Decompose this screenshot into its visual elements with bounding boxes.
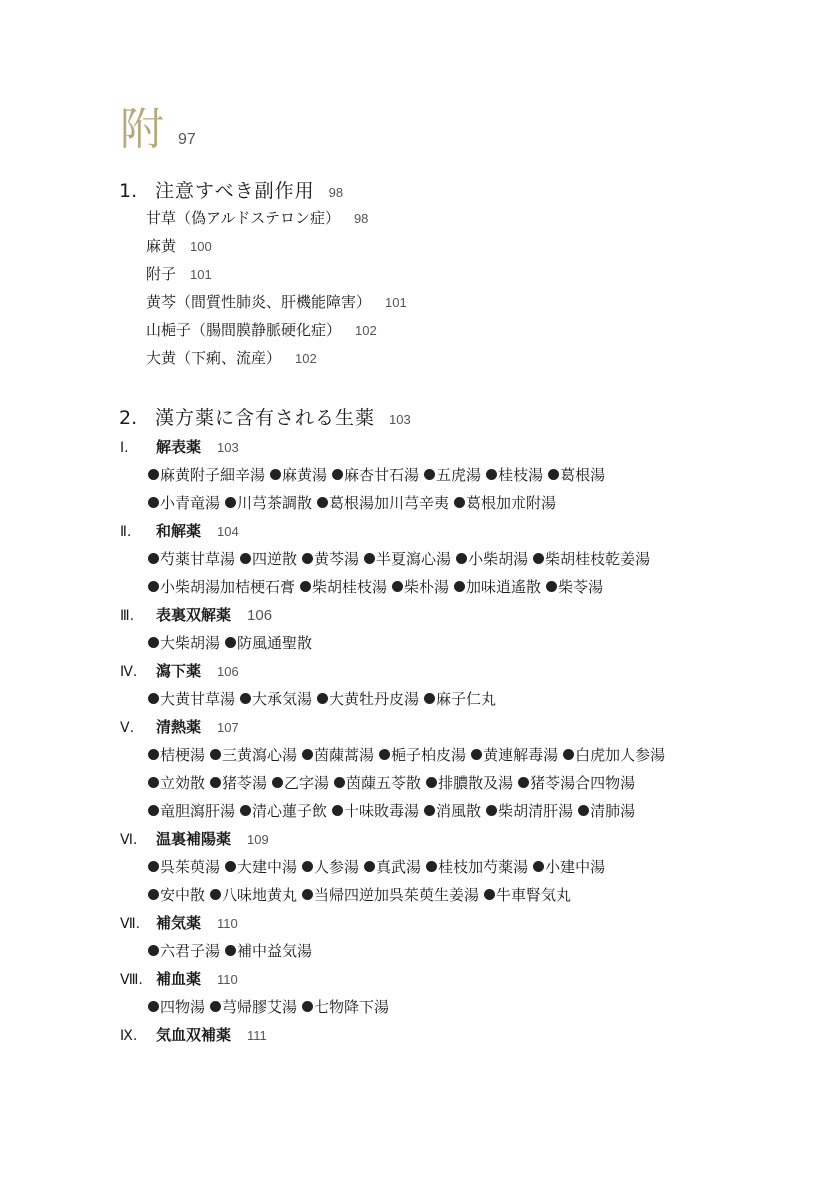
formula-list-line: 六君子湯補中益気湯 (148, 940, 317, 961)
formula-list-line: 呉茱萸湯大建中湯人参湯真武湯桂枝加芍薬湯小建中湯 (148, 856, 610, 877)
subsection-page-number: 106 (247, 607, 272, 624)
bullet-icon (148, 581, 159, 592)
appendix-heading: 附 97 (120, 108, 196, 152)
formula-item: 三黄瀉心湯 (210, 744, 297, 765)
formula-item: 清肺湯 (578, 800, 635, 821)
formula-item: 小柴胡湯加桔梗石膏 (148, 576, 295, 597)
bullet-icon (148, 777, 159, 788)
toc-entry[interactable]: 山梔子（腸間膜静脈硬化症）102 (146, 319, 377, 340)
appendix-page-number: 97 (178, 131, 196, 149)
formula-name: 黄連解毒湯 (483, 744, 558, 765)
subsection-heading[interactable]: Ⅶ.補気薬110 (120, 912, 238, 933)
subsection-title: 瀉下薬 (156, 660, 201, 681)
section-heading-2[interactable]: 2. 漢方薬に含有される生薬 103 (119, 403, 411, 430)
formula-name: 六君子湯 (160, 940, 220, 961)
toc-entry-page-number: 100 (190, 239, 212, 254)
formula-list-line: 大柴胡湯防風通聖散 (148, 632, 317, 653)
bullet-icon (240, 693, 251, 704)
formula-name: 大柴胡湯 (160, 632, 220, 653)
formula-name: 人参湯 (314, 856, 359, 877)
formula-item: 麻黄湯 (270, 464, 327, 485)
formula-name: 麻黄附子細辛湯 (160, 464, 265, 485)
toc-entry[interactable]: 附子101 (146, 263, 212, 284)
formula-name: 桂枝加芍薬湯 (438, 856, 528, 877)
toc-entry-label: 附子 (146, 263, 176, 284)
section-title: 漢方薬に含有される生薬 (155, 403, 375, 430)
subsection-page-number: 111 (247, 1028, 267, 1043)
bullet-icon (332, 805, 343, 816)
subsection-page-number: 103 (217, 440, 239, 455)
formula-item: 人参湯 (302, 856, 359, 877)
formula-name: 三黄瀉心湯 (222, 744, 297, 765)
formula-list-line: 麻黄附子細辛湯麻黄湯麻杏甘石湯五虎湯桂枝湯葛根湯 (148, 464, 610, 485)
subsection-number: Ⅴ. (120, 720, 156, 736)
formula-item: 柴朴湯 (392, 576, 449, 597)
toc-entry[interactable]: 甘草（偽アルドステロン症）98 (146, 207, 368, 228)
bullet-icon (533, 553, 544, 564)
subsection-heading[interactable]: Ⅴ.清熱薬107 (120, 716, 239, 737)
bullet-icon (486, 469, 497, 480)
subsection-title: 和解薬 (156, 520, 201, 541)
toc-entry-page-number: 101 (190, 267, 212, 282)
bullet-icon (148, 1001, 159, 1012)
toc-entry-label: 大黄（下痢、流産） (146, 347, 281, 368)
section-title: 注意すべき副作用 (155, 176, 315, 203)
formula-item: 当帰四逆加呉茱萸生姜湯 (302, 884, 479, 905)
subsection-page-number: 110 (217, 972, 238, 987)
subsection-number: Ⅱ. (120, 524, 156, 540)
bullet-icon (364, 861, 375, 872)
formula-item: 防風通聖散 (225, 632, 312, 653)
formula-item: 桔梗湯 (148, 744, 205, 765)
bullet-icon (148, 693, 159, 704)
subsection-number: Ⅰ. (120, 440, 156, 456)
formula-item: 六君子湯 (148, 940, 220, 961)
formula-name: 芎帰膠艾湯 (222, 996, 297, 1017)
bullet-icon (225, 945, 236, 956)
toc-entry[interactable]: 大黄（下痢、流産）102 (146, 347, 317, 368)
bullet-icon (302, 889, 313, 900)
formula-name: 大承気湯 (252, 688, 312, 709)
subsection-title: 表裏双解薬 (156, 604, 231, 625)
subsection-title: 解表薬 (156, 436, 201, 457)
formula-name: 猪苓湯合四物湯 (530, 772, 635, 793)
subsection-number: Ⅷ. (120, 972, 156, 988)
formula-item: 五虎湯 (424, 464, 481, 485)
formula-name: 桂枝湯 (498, 464, 543, 485)
bullet-icon (302, 553, 313, 564)
formula-item: 小建中湯 (533, 856, 605, 877)
section-number: 1. (119, 180, 155, 202)
bullet-icon (332, 469, 343, 480)
bullet-icon (424, 805, 435, 816)
formula-name: 立効散 (160, 772, 205, 793)
formula-list-line: 小柴胡湯加桔梗石膏柴胡桂枝湯柴朴湯加味逍遙散柴苓湯 (148, 576, 608, 597)
bullet-icon (210, 749, 221, 760)
toc-entry-page-number: 98 (354, 211, 368, 226)
formula-item: 大柴胡湯 (148, 632, 220, 653)
toc-entry-page-number: 101 (385, 295, 407, 310)
section-heading-1[interactable]: 1. 注意すべき副作用 98 (119, 176, 343, 203)
formula-name: 安中散 (160, 884, 205, 905)
bullet-icon (240, 805, 251, 816)
toc-entry[interactable]: 黄芩（間質性肺炎、肝機能障害）101 (146, 291, 407, 312)
bullet-icon (454, 497, 465, 508)
subsection-title: 補気薬 (156, 912, 201, 933)
formula-name: 小柴胡湯 (468, 548, 528, 569)
bullet-icon (148, 497, 159, 508)
section-number: 2. (119, 407, 155, 429)
formula-name: 白虎加人参湯 (575, 744, 665, 765)
formula-item: 十味敗毒湯 (332, 800, 419, 821)
bullet-icon (486, 805, 497, 816)
subsection-number: Ⅳ. (120, 664, 156, 680)
formula-item: 葛根加朮附湯 (454, 492, 556, 513)
formula-item: 芎帰膠艾湯 (210, 996, 297, 1017)
formula-name: 柴胡清肝湯 (498, 800, 573, 821)
bullet-icon (240, 553, 251, 564)
bullet-icon (379, 749, 390, 760)
bullet-icon (302, 1001, 313, 1012)
bullet-icon (424, 693, 435, 704)
bullet-icon (454, 581, 465, 592)
bullet-icon (424, 469, 435, 480)
formula-name: 黄芩湯 (314, 548, 359, 569)
formula-item: 補中益気湯 (225, 940, 312, 961)
formula-name: 当帰四逆加呉茱萸生姜湯 (314, 884, 479, 905)
formula-item: 麻子仁丸 (424, 688, 496, 709)
bullet-icon (300, 581, 311, 592)
formula-name: 大黄牡丹皮湯 (329, 688, 419, 709)
formula-name: 茵蔯蒿湯 (314, 744, 374, 765)
formula-list-line: 立効散猪苓湯乙字湯茵蔯五苓散排膿散及湯猪苓湯合四物湯 (148, 772, 640, 793)
formula-item: 猪苓湯 (210, 772, 267, 793)
formula-item: 小青竜湯 (148, 492, 220, 513)
bullet-icon (426, 777, 437, 788)
formula-item: 黄芩湯 (302, 548, 359, 569)
formula-name: 四物湯 (160, 996, 205, 1017)
formula-name: 十味敗毒湯 (344, 800, 419, 821)
formula-item: 乙字湯 (272, 772, 329, 793)
formula-name: 呉茱萸湯 (160, 856, 220, 877)
bullet-icon (334, 777, 345, 788)
formula-item: 大黄甘草湯 (148, 688, 235, 709)
formula-name: 柴苓湯 (558, 576, 603, 597)
formula-item: 梔子柏皮湯 (379, 744, 466, 765)
formula-item: 清心蓮子飲 (240, 800, 327, 821)
formula-item: 大黄牡丹皮湯 (317, 688, 419, 709)
bullet-icon (148, 889, 159, 900)
bullet-icon (148, 805, 159, 816)
bullet-icon (471, 749, 482, 760)
bullet-icon (317, 693, 328, 704)
formula-name: 葛根湯 (560, 464, 605, 485)
formula-name: 柴胡桂枝乾姜湯 (545, 548, 650, 569)
formula-name: 麻子仁丸 (436, 688, 496, 709)
formula-name: 八味地黄丸 (222, 884, 297, 905)
section-page-number: 98 (329, 185, 343, 200)
formula-item: 七物降下湯 (302, 996, 389, 1017)
formula-list-line: 小青竜湯川芎茶調散葛根湯加川芎辛夷葛根加朮附湯 (148, 492, 561, 513)
formula-item: 竜胆瀉肝湯 (148, 800, 235, 821)
subsection-page-number: 104 (217, 524, 239, 539)
formula-item: 麻杏甘石湯 (332, 464, 419, 485)
formula-name: 芍薬甘草湯 (160, 548, 235, 569)
subsection-page-number: 110 (217, 916, 238, 931)
formula-name: 消風散 (436, 800, 481, 821)
subsection-heading[interactable]: Ⅲ.表裏双解薬106 (120, 604, 272, 625)
bullet-icon (456, 553, 467, 564)
bullet-icon (148, 945, 159, 956)
formula-name: 梔子柏皮湯 (391, 744, 466, 765)
formula-name: 柴朴湯 (404, 576, 449, 597)
formula-name: 葛根湯加川芎辛夷 (329, 492, 449, 513)
formula-name: 大建中湯 (237, 856, 297, 877)
toc-entry-label: 黄芩（間質性肺炎、肝機能障害） (146, 291, 371, 312)
bullet-icon (148, 749, 159, 760)
formula-name: 清心蓮子飲 (252, 800, 327, 821)
subsection-title: 温裏補陽薬 (156, 828, 231, 849)
bullet-icon (148, 469, 159, 480)
formula-item: 柴胡清肝湯 (486, 800, 573, 821)
toc-entry-page-number: 102 (355, 323, 377, 338)
subsection-number: Ⅸ. (120, 1028, 156, 1044)
bullet-icon (210, 777, 221, 788)
formula-name: 柴胡桂枝湯 (312, 576, 387, 597)
toc-page: 附 97 1. 注意すべき副作用 98 甘草（偽アルドステロン症）98麻黄100… (0, 0, 830, 1177)
bullet-icon (270, 469, 281, 480)
formula-name: 清肺湯 (590, 800, 635, 821)
formula-item: 葛根湯 (548, 464, 605, 485)
formula-item: 芍薬甘草湯 (148, 548, 235, 569)
subsection-heading[interactable]: Ⅳ.瀉下薬106 (120, 660, 239, 681)
formula-item: 大承気湯 (240, 688, 312, 709)
formula-item: 四物湯 (148, 996, 205, 1017)
formula-item: 桂枝加芍薬湯 (426, 856, 528, 877)
formula-item: 茵蔯五苓散 (334, 772, 421, 793)
formula-item: 牛車腎気丸 (484, 884, 571, 905)
toc-entry-label: 麻黄 (146, 235, 176, 256)
formula-item: 半夏瀉心湯 (364, 548, 451, 569)
formula-list-line: 大黄甘草湯大承気湯大黄牡丹皮湯麻子仁丸 (148, 688, 501, 709)
bullet-icon (148, 553, 159, 564)
formula-item: 八味地黄丸 (210, 884, 297, 905)
formula-item: 猪苓湯合四物湯 (518, 772, 635, 793)
bullet-icon (272, 777, 283, 788)
formula-item: 排膿散及湯 (426, 772, 513, 793)
formula-list-line: 桔梗湯三黄瀉心湯茵蔯蒿湯梔子柏皮湯黄連解毒湯白虎加人参湯 (148, 744, 670, 765)
toc-entry[interactable]: 麻黄100 (146, 235, 212, 256)
bullet-icon (225, 637, 236, 648)
bullet-icon (533, 861, 544, 872)
bullet-icon (518, 777, 529, 788)
formula-name: 半夏瀉心湯 (376, 548, 451, 569)
formula-name: 四逆散 (252, 548, 297, 569)
formula-item: 消風散 (424, 800, 481, 821)
bullet-icon (484, 889, 495, 900)
formula-name: 小青竜湯 (160, 492, 220, 513)
subsection-page-number: 106 (217, 664, 239, 679)
formula-name: 乙字湯 (284, 772, 329, 793)
formula-item: 麻黄附子細辛湯 (148, 464, 265, 485)
formula-item: 小柴胡湯 (456, 548, 528, 569)
formula-name: 小建中湯 (545, 856, 605, 877)
appendix-title: 附 (120, 108, 164, 152)
formula-item: 加味逍遙散 (454, 576, 541, 597)
formula-name: 麻杏甘石湯 (344, 464, 419, 485)
bullet-icon (148, 637, 159, 648)
formula-item: 茵蔯蒿湯 (302, 744, 374, 765)
formula-name: 桔梗湯 (160, 744, 205, 765)
formula-item: 川芎茶調散 (225, 492, 312, 513)
bullet-icon (225, 497, 236, 508)
formula-item: 黄連解毒湯 (471, 744, 558, 765)
formula-name: 麻黄湯 (282, 464, 327, 485)
formula-item: 呉茱萸湯 (148, 856, 220, 877)
bullet-icon (148, 861, 159, 872)
bullet-icon (563, 749, 574, 760)
formula-item: 柴胡桂枝湯 (300, 576, 387, 597)
formula-name: 川芎茶調散 (237, 492, 312, 513)
toc-entry-label: 山梔子（腸間膜静脈硬化症） (146, 319, 341, 340)
formula-name: 加味逍遙散 (466, 576, 541, 597)
formula-name: 竜胆瀉肝湯 (160, 800, 235, 821)
formula-name: 排膿散及湯 (438, 772, 513, 793)
bullet-icon (302, 749, 313, 760)
bullet-icon (210, 1001, 221, 1012)
subsection-heading[interactable]: Ⅰ.解表薬103 (120, 436, 239, 457)
bullet-icon (317, 497, 328, 508)
formula-item: 立効散 (148, 772, 205, 793)
formula-item: 安中散 (148, 884, 205, 905)
bullet-icon (210, 889, 221, 900)
formula-item: 四逆散 (240, 548, 297, 569)
bullet-icon (578, 805, 589, 816)
subsection-page-number: 109 (247, 832, 269, 847)
formula-item: 白虎加人参湯 (563, 744, 665, 765)
formula-name: 小柴胡湯加桔梗石膏 (160, 576, 295, 597)
formula-name: 七物降下湯 (314, 996, 389, 1017)
bullet-icon (426, 861, 437, 872)
subsection-title: 気血双補薬 (156, 1024, 231, 1045)
formula-name: 葛根加朮附湯 (466, 492, 556, 513)
bullet-icon (546, 581, 557, 592)
subsection-heading[interactable]: Ⅵ.温裏補陽薬109 (120, 828, 269, 849)
toc-entry-page-number: 102 (295, 351, 317, 366)
formula-item: 柴苓湯 (546, 576, 603, 597)
formula-name: 牛車腎気丸 (496, 884, 571, 905)
formula-item: 葛根湯加川芎辛夷 (317, 492, 449, 513)
bullet-icon (392, 581, 403, 592)
formula-name: 五虎湯 (436, 464, 481, 485)
formula-name: 防風通聖散 (237, 632, 312, 653)
subsection-heading[interactable]: Ⅱ.和解薬104 (120, 520, 239, 541)
formula-item: 大建中湯 (225, 856, 297, 877)
formula-list-line: 四物湯芎帰膠艾湯七物降下湯 (148, 996, 394, 1017)
bullet-icon (225, 861, 236, 872)
bullet-icon (364, 553, 375, 564)
bullet-icon (302, 861, 313, 872)
toc-entry-label: 甘草（偽アルドステロン症） (146, 207, 340, 228)
formula-name: 茵蔯五苓散 (346, 772, 421, 793)
formula-name: 大黄甘草湯 (160, 688, 235, 709)
formula-item: 真武湯 (364, 856, 421, 877)
formula-name: 真武湯 (376, 856, 421, 877)
section-page-number: 103 (389, 412, 411, 427)
subsection-number: Ⅵ. (120, 832, 156, 848)
subsection-heading[interactable]: Ⅷ.補血薬110 (120, 968, 238, 989)
subsection-number: Ⅲ. (120, 608, 156, 624)
formula-name: 猪苓湯 (222, 772, 267, 793)
formula-list-line: 竜胆瀉肝湯清心蓮子飲十味敗毒湯消風散柴胡清肝湯清肺湯 (148, 800, 640, 821)
formula-item: 桂枝湯 (486, 464, 543, 485)
subsection-page-number: 107 (217, 720, 239, 735)
formula-list-line: 安中散八味地黄丸当帰四逆加呉茱萸生姜湯牛車腎気丸 (148, 884, 576, 905)
subsection-heading[interactable]: Ⅸ.気血双補薬111 (120, 1024, 267, 1045)
subsection-title: 清熱薬 (156, 716, 201, 737)
formula-item: 柴胡桂枝乾姜湯 (533, 548, 650, 569)
formula-name: 補中益気湯 (237, 940, 312, 961)
subsection-title: 補血薬 (156, 968, 201, 989)
subsection-number: Ⅶ. (120, 916, 156, 932)
bullet-icon (548, 469, 559, 480)
formula-list-line: 芍薬甘草湯四逆散黄芩湯半夏瀉心湯小柴胡湯柴胡桂枝乾姜湯 (148, 548, 655, 569)
